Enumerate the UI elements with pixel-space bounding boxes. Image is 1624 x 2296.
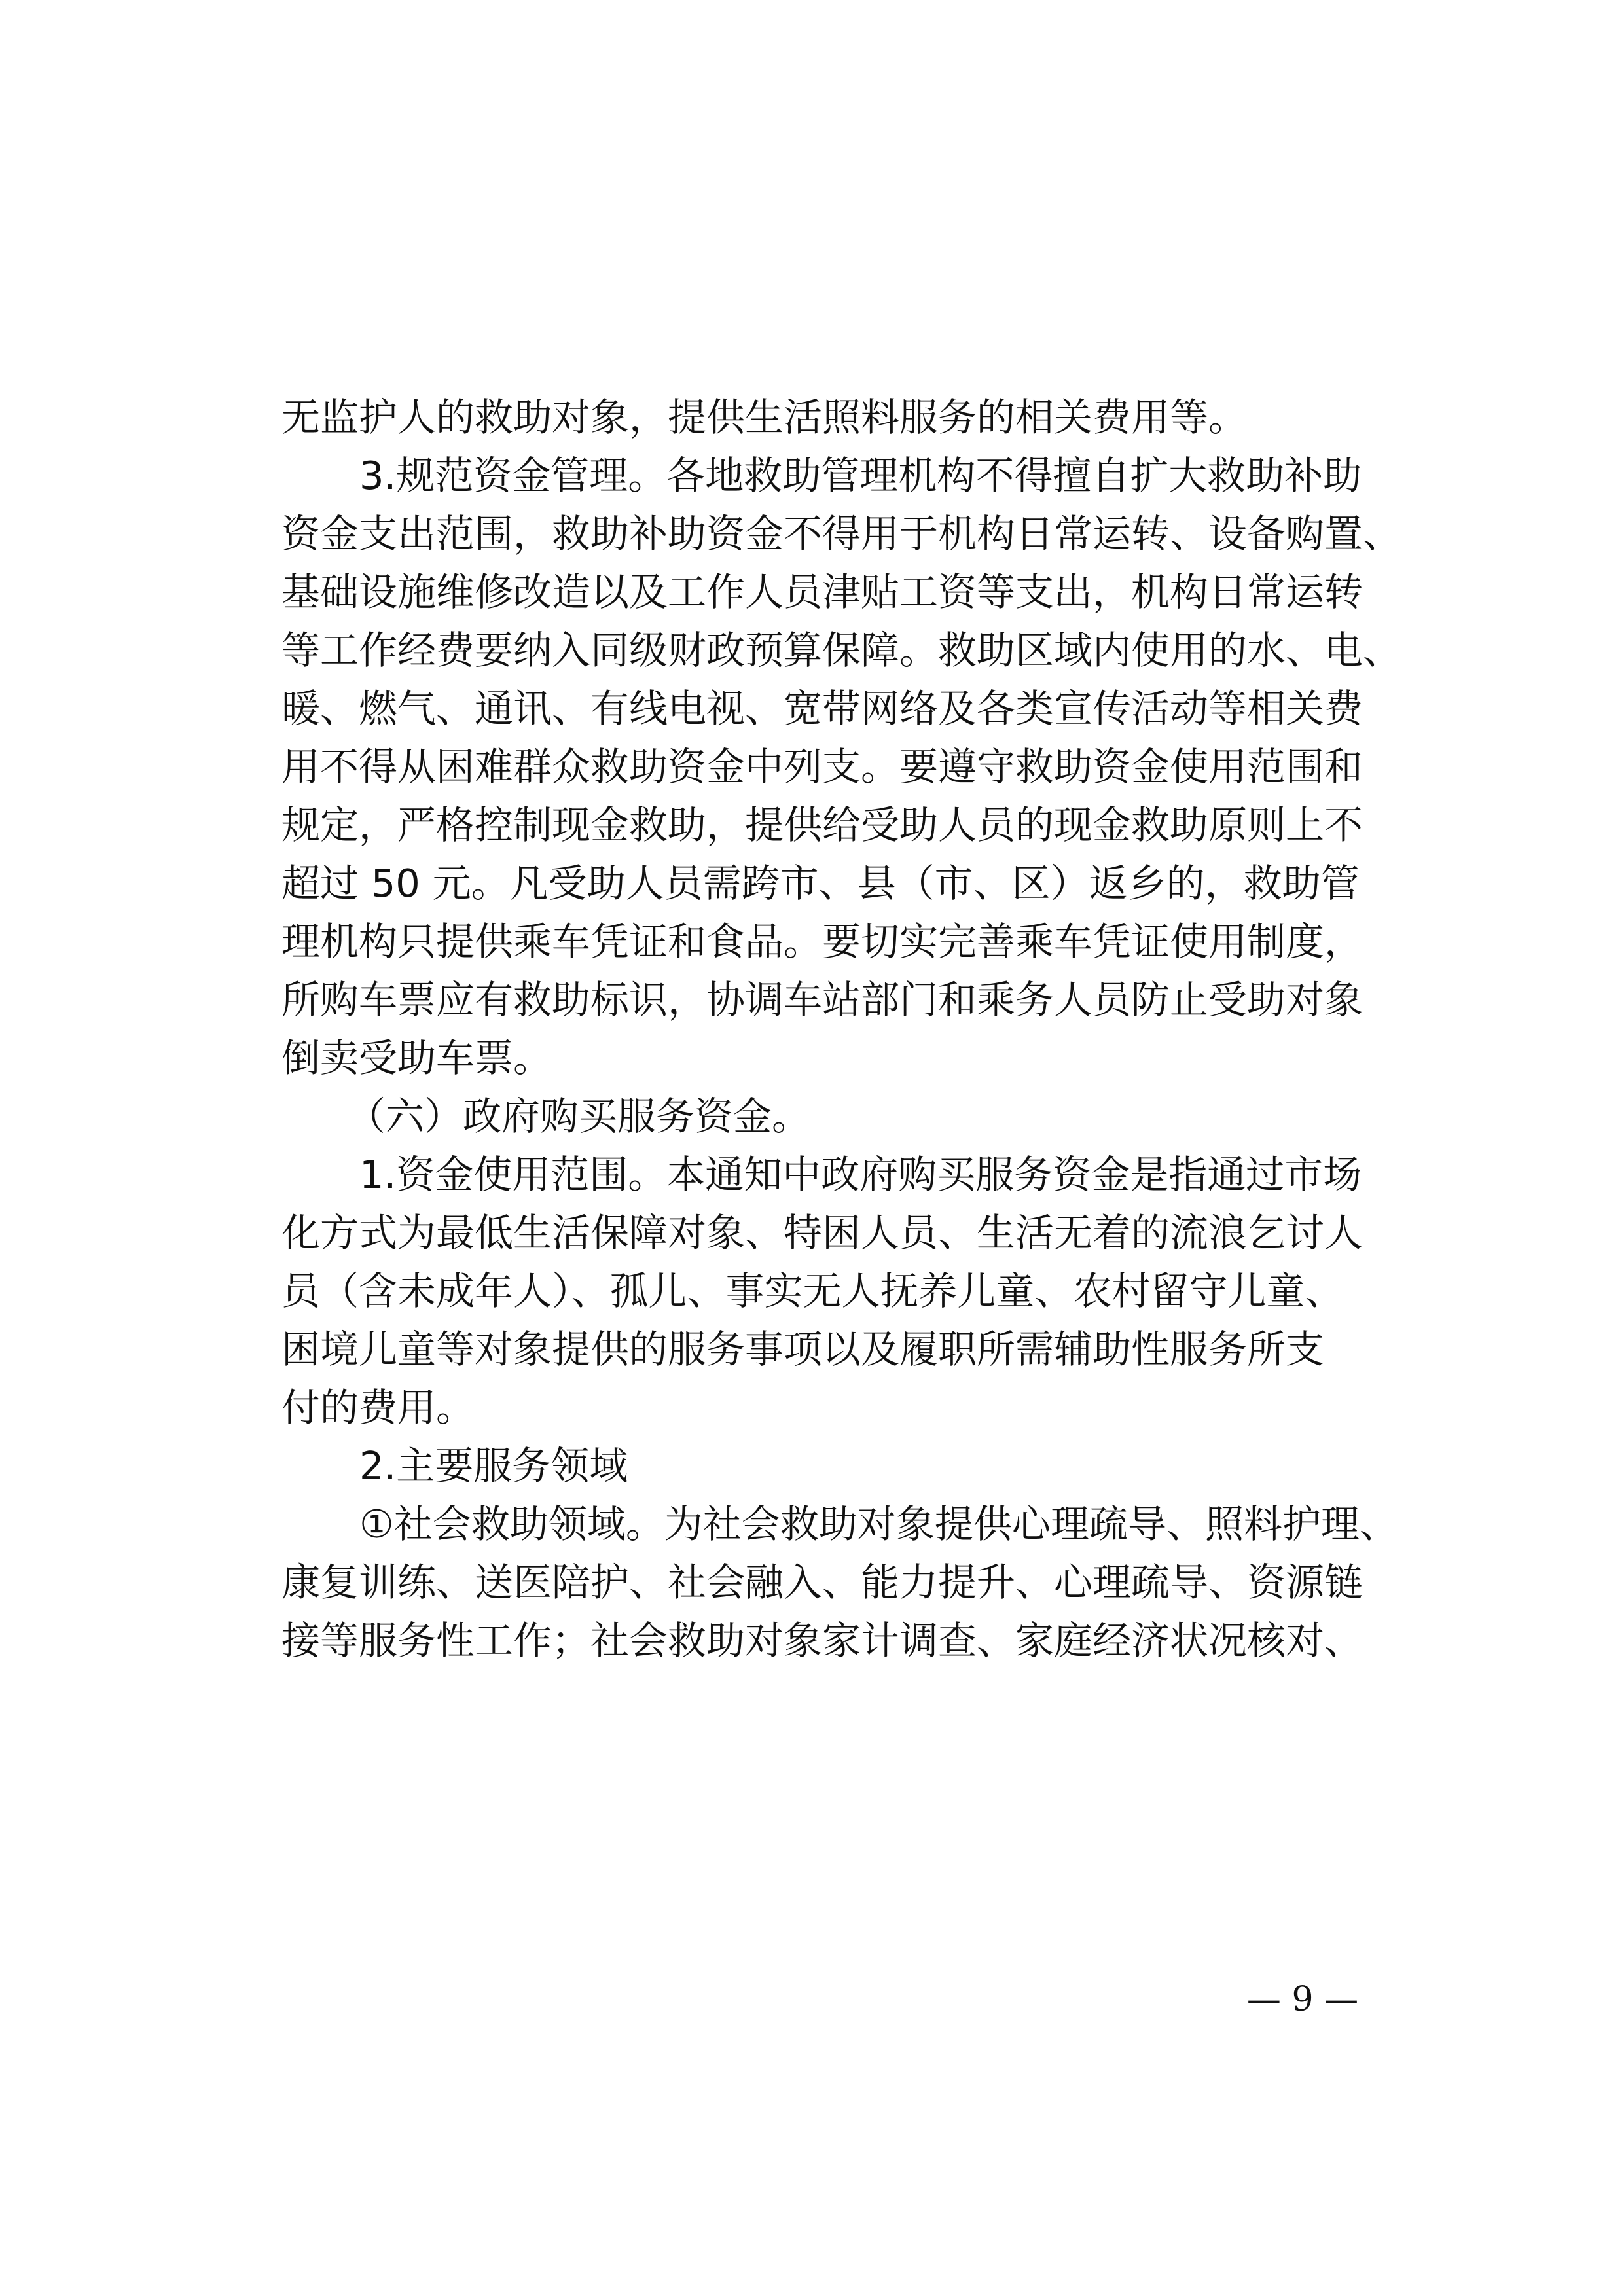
body-text-line: 规定，严格控制现金救助，提供给受助人员的现金救助原则上不 bbox=[281, 802, 1375, 848]
body-text-line: 倒卖受助车票。 bbox=[281, 1035, 1375, 1081]
body-text-line: 所购车票应有救助标识，协调车站部门和乘务人员防止受助对象 bbox=[281, 977, 1375, 1023]
body-text-line: 基础设施维修改造以及工作人员津贴工资等支出，机构日常运转 bbox=[281, 569, 1375, 615]
section-heading-fund-management: 3.规范资金管理。各地救助管理机构不得擅自扩大救助补助 bbox=[359, 453, 1375, 499]
body-text-line: 接等服务性工作；社会救助对象家计调查、家庭经济状况核对、 bbox=[281, 1618, 1375, 1664]
body-text-line: 理机构只提供乘车凭证和食品。要切实完善乘车凭证使用制度， bbox=[281, 919, 1375, 965]
body-text-line: 暖、燃气、通讯、有线电视、宽带网络及各类宣传活动等相关费 bbox=[281, 686, 1375, 732]
body-text-line: 员（含未成年人）、孤儿、事实无人抚养儿童、农村留守儿童、 bbox=[281, 1268, 1375, 1314]
body-text-line: 用不得从困难群众救助资金中列支。要遵守救助资金使用范围和 bbox=[281, 744, 1375, 790]
section-heading-social-assistance: ①社会救助领域。为社会救助对象提供心理疏导、照料护理、 bbox=[359, 1501, 1375, 1547]
body-text-line: 康复训练、送医陪护、社会融入、能力提升、心理疏导、资源链 bbox=[281, 1560, 1375, 1605]
body-text-line: 无监护人的救助对象，提供生活照料服务的相关费用等。 bbox=[281, 395, 1375, 440]
section-heading-fund-scope: 1.资金使用范围。本通知中政府购买服务资金是指通过市场 bbox=[359, 1152, 1375, 1198]
page-number: — 9 — bbox=[1231, 1977, 1375, 2022]
section-heading-service-areas: 2.主要服务领域 bbox=[359, 1443, 1375, 1489]
body-text-line: 困境儿童等对象提供的服务事项以及履职所需辅助性服务所支 bbox=[281, 1327, 1375, 1372]
body-text-line: 资金支出范围，救助补助资金不得用于机构日常运转、设备购置、 bbox=[281, 511, 1375, 557]
body-text-line: 付的费用。 bbox=[281, 1385, 1375, 1431]
body-text-line: 化方式为最低生活保障对象、特困人员、生活无着的流浪乞讨人 bbox=[281, 1210, 1375, 1256]
body-text-line: 超过 50 元。凡受助人员需跨市、县（市、区）返乡的，救助管 bbox=[281, 861, 1375, 906]
document-page: 无监护人的救助对象，提供生活照料服务的相关费用等。 3.规范资金管理。各地救助管… bbox=[0, 0, 1624, 2296]
body-text-line: 等工作经费要纳入同级财政预算保障。救助区域内使用的水、电、 bbox=[281, 628, 1375, 673]
section-heading-gov-purchase: （六）政府购买服务资金。 bbox=[347, 1094, 1362, 1139]
